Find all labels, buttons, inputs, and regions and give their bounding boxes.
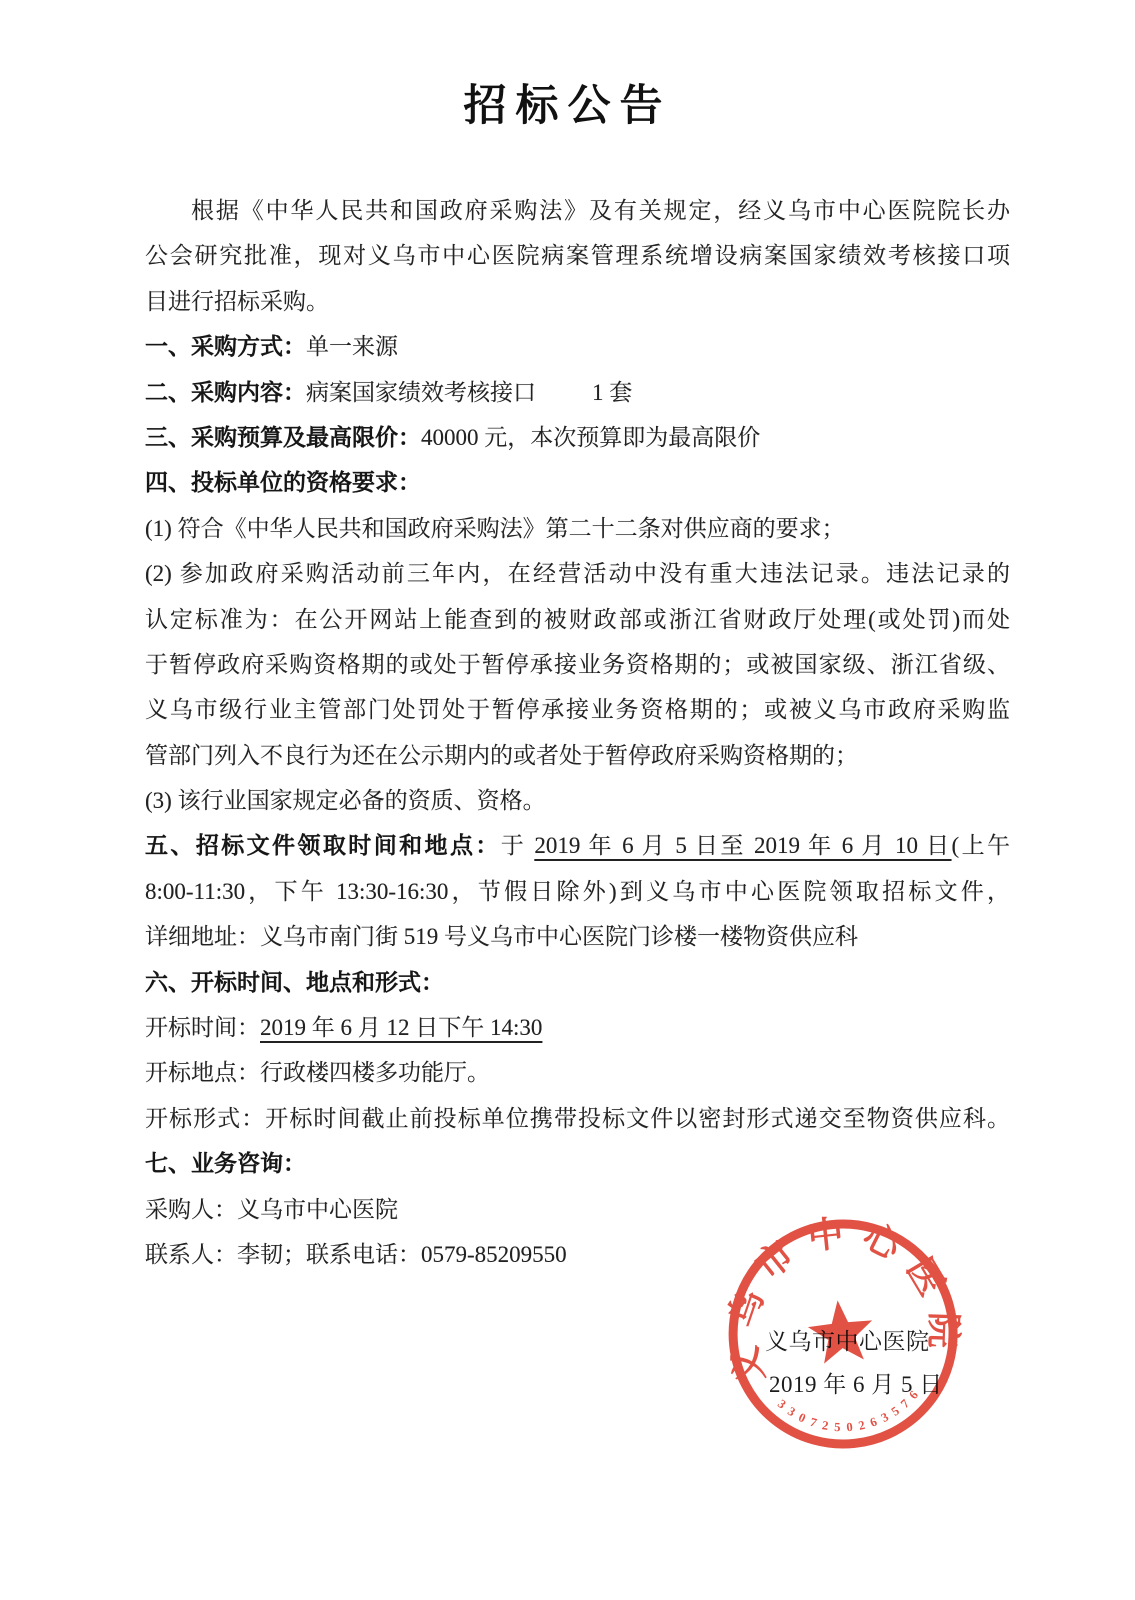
scanned-document-page: 招标公告 根据《中华人民共和国政府采购法》及有关规定，经义乌市中心医院院长办公会… [0, 0, 1135, 1600]
star-icon [805, 1297, 876, 1365]
text-segment: 一、采购方式： [145, 334, 306, 359]
text-segment: 开标地点：行政楼四楼多功能厅。 [145, 1060, 490, 1085]
text-segment: 8:00-11:30，下午 13:30-16:30，节假日除外)到义乌市中心医院… [145, 879, 1010, 904]
document-line: 根据《中华人民共和国政府采购法》及有关规定，经义乌市中心医院院长办 [145, 188, 1010, 233]
document-line: 七、业务咨询： [145, 1141, 1010, 1186]
text-segment: 2019 年 6 月 12 日下午 14:30 [260, 1015, 542, 1040]
text-segment: (1) 符合《中华人民共和国政府采购法》第二十二条对供应商的要求； [145, 516, 845, 541]
seal-arc-text: 义乌市中心医院 [711, 1202, 969, 1388]
document-line: 四、投标单位的资格要求： [145, 460, 1010, 505]
text-segment: 开标时间： [145, 1015, 260, 1040]
text-segment: 单一来源 [306, 334, 398, 359]
text-segment: 于暂停政府采购资格期的或处于暂停承接业务资格期的；或被国家级、浙江省级、 [145, 652, 1010, 677]
document-line: 开标时间：2019 年 6 月 12 日下午 14:30 [145, 1005, 1010, 1050]
text-segment: 目进行招标采购。 [145, 289, 329, 314]
text-segment: 详细地址：义乌市南门街 519 号义乌市中心医院门诊楼一楼物资供应科 [145, 924, 858, 949]
document-line: (1) 符合《中华人民共和国政府采购法》第二十二条对供应商的要求； [145, 506, 1010, 551]
text-segment: 1 套 [592, 380, 632, 405]
document-line: 8:00-11:30，下午 13:30-16:30，节假日除外)到义乌市中心医院… [145, 869, 1010, 914]
text-segment: 病案国家绩效考核接口 [306, 380, 536, 405]
document-line: 目进行招标采购。 [145, 279, 1010, 324]
text-segment: 四、投标单位的资格要求： [145, 470, 421, 495]
official-stamp: 义乌市中心医院 2019 年 6 月 5 日 义乌市中心医院 330725026… [703, 1195, 1003, 1495]
text-segment: 联系人：李韧；联系电话：0579-85209550 [145, 1242, 567, 1267]
document-line: 公会研究批准，现对义乌市中心医院病案管理系统增设病案国家绩效考核接口项 [145, 233, 1010, 278]
text-segment: 40000 元，本次预算即为最高限价 [421, 425, 760, 450]
text-segment: (2) 参加政府采购活动前三年内，在经营活动中没有重大违法记录。违法记录的 [145, 561, 1010, 586]
document-line: 于暂停政府采购资格期的或处于暂停承接业务资格期的；或被国家级、浙江省级、 [145, 642, 1010, 687]
text-segment: 于 [501, 833, 535, 858]
page-title: 招标公告 [0, 72, 1135, 133]
text-segment: 公会研究批准，现对义乌市中心医院病案管理系统增设病案国家绩效考核接口项 [145, 243, 1010, 268]
document-line: 三、采购预算及最高限价：40000 元，本次预算即为最高限价 [145, 415, 1010, 460]
text-segment: 认定标准为：在公开网站上能查到的被财政部或浙江省财政厅处理(或处罚)而处 [145, 607, 1010, 632]
text-segment: 根据《中华人民共和国政府采购法》及有关规定，经义乌市中心医院院长办 [191, 198, 1010, 223]
document-line: (3) 该行业国家规定必备的资质、资格。 [145, 778, 1010, 823]
text-segment: 采购人：义乌市中心医院 [145, 1197, 398, 1222]
text-segment: (3) 该行业国家规定必备的资质、资格。 [145, 788, 546, 813]
document-line: 一、采购方式：单一来源 [145, 324, 1010, 369]
document-line: 六、开标时间、地点和形式： [145, 960, 1010, 1005]
document-line: 开标地点：行政楼四楼多功能厅。 [145, 1050, 1010, 1095]
text-segment: 七、业务咨询： [145, 1151, 306, 1176]
document-line: 认定标准为：在公开网站上能查到的被财政部或浙江省财政厅处理(或处罚)而处 [145, 597, 1010, 642]
text-segment: (上午 [952, 833, 1010, 858]
text-segment: 二、采购内容： [145, 380, 306, 405]
text-segment: 三、采购预算及最高限价： [145, 425, 421, 450]
document-line: 管部门列入不良行为还在公示期内的或者处于暂停政府采购资格期的； [145, 733, 1010, 778]
document-body: 根据《中华人民共和国政府采购法》及有关规定，经义乌市中心医院院长办公会研究批准，… [145, 188, 1010, 1277]
document-line: 义乌市级行业主管部门处罚处于暂停承接业务资格期的；或被义乌市政府采购监 [145, 687, 1010, 732]
document-line: 详细地址：义乌市南门街 519 号义乌市中心医院门诊楼一楼物资供应科 [145, 914, 1010, 959]
text-segment: 管部门列入不良行为还在公示期内的或者处于暂停政府采购资格期的； [145, 743, 858, 768]
text-segment: 2019 年 6 月 5 日至 2019 年 6 月 10 日 [534, 833, 951, 858]
text-segment: 六、开标时间、地点和形式： [145, 970, 444, 995]
official-seal-icon: 义乌市中心医院 3307250263576 [711, 1201, 975, 1465]
document-line: 五、招标文件领取时间和地点：于 2019 年 6 月 5 日至 2019 年 6… [145, 823, 1010, 868]
text-segment: 开标形式：开标时间截止前投标单位携带投标文件以密封形式递交至物资供应科。 [145, 1106, 1010, 1131]
document-line: 二、采购内容：病案国家绩效考核接口1 套 [145, 370, 1010, 415]
document-line: 开标形式：开标时间截止前投标单位携带投标文件以密封形式递交至物资供应科。 [145, 1096, 1010, 1141]
text-segment: 义乌市级行业主管部门处罚处于暂停承接业务资格期的；或被义乌市政府采购监 [145, 697, 1010, 722]
document-line: (2) 参加政府采购活动前三年内，在经营活动中没有重大违法记录。违法记录的 [145, 551, 1010, 596]
text-segment: 五、招标文件领取时间和地点： [145, 833, 501, 858]
